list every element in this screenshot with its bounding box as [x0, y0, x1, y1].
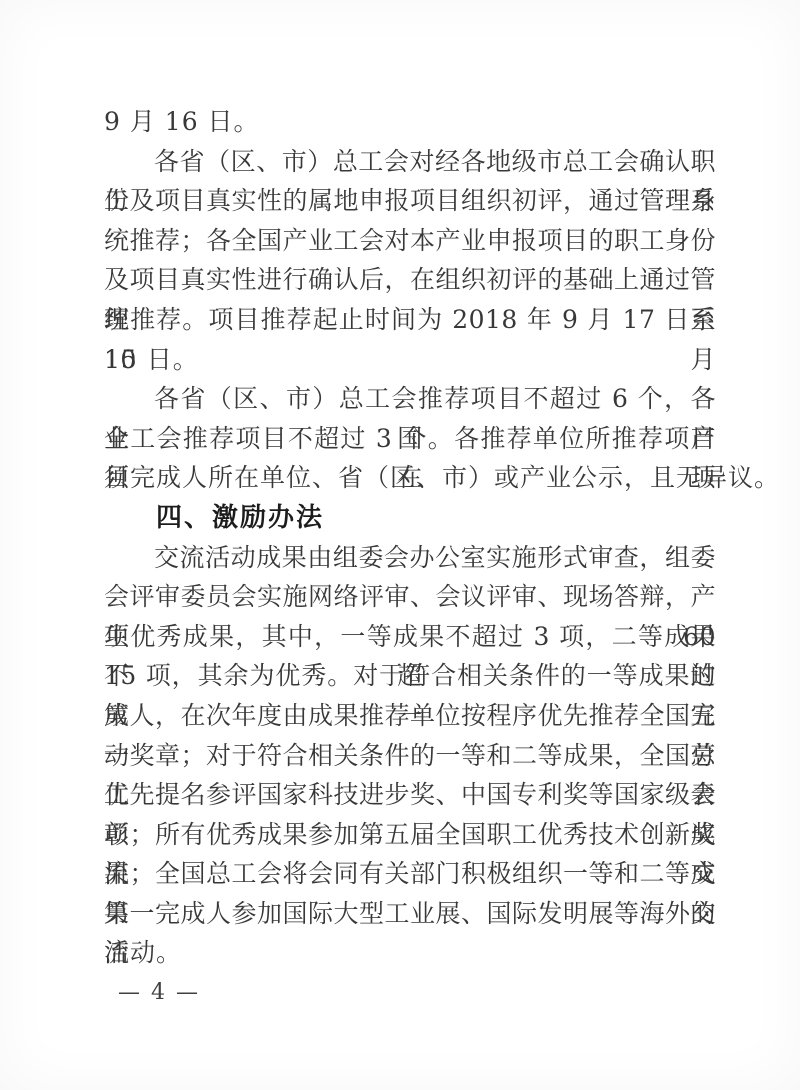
text-line: 及项目真实性进行确认后，在组织初评的基础上通过管理系	[104, 260, 716, 300]
text-line: 各省（区、市）总工会对经各地级市总工会确认职工身	[104, 142, 716, 182]
page-number: — 4 —	[104, 973, 716, 1013]
text-line: 15 项，其余为优秀。对于符合相关条件的一等成果的第一完	[104, 656, 716, 696]
text-line: 动奖章；对于符合相关条件的一等和二等成果，全国总工会	[104, 736, 716, 776]
text-line: 9 月 16 日。	[104, 102, 716, 142]
text-line: 第一完成人参加国际大型工业展、国际发明展等海外交流	[104, 894, 716, 934]
text-line: 统推荐；各全国产业工会对本产业申报项目的职工身份	[104, 221, 716, 261]
text-line: 业工会推荐项目不超过 3 个。各推荐单位所推荐项目须在项	[104, 419, 716, 459]
text-line: 统推荐。项目推荐起止时间为 2018 年 9 月 17 日至 10 月	[104, 300, 716, 340]
text-line: 各省（区、市）总工会推荐项目不超过 6 个，各全国产	[104, 379, 716, 419]
text-line: 份及项目真实性的属地申报项目组织初评，通过管理系	[104, 181, 716, 221]
section-heading: 四、激励办法	[104, 498, 716, 538]
text-line: 目完成人所在单位、省（区、市）或产业公示，且无异议。	[104, 458, 716, 498]
text-line: 优先提名参评国家科技进步奖、中国专利奖等国家级表彰奖	[104, 775, 716, 815]
text-line: 流；全国总工会将会同有关部门积极组织一等和二等成果的	[104, 854, 716, 894]
document-page: 9 月 16 日。 各省（区、市）总工会对经各地级市总工会确认职工身 份及项目真…	[0, 0, 800, 1090]
text-line: 成人，在次年度由成果推荐单位按程序优先推荐全国五一劳	[104, 696, 716, 736]
text-line: 项优秀成果，其中，一等成果不超过 3 项，二等成果不超过	[104, 617, 716, 657]
document-text-block: 9 月 16 日。 各省（区、市）总工会对经各地级市总工会确认职工身 份及项目真…	[104, 102, 716, 1013]
text-line: 活动。	[104, 933, 716, 973]
text-line: 交流活动成果由组委会办公室实施形式审查，组委	[104, 538, 716, 578]
text-line: 项；所有优秀成果参加第五届全国职工优秀技术创新成果交	[104, 815, 716, 855]
text-line: 会评审委员会实施网络评审、会议评审、现场答辩，产生 60	[104, 577, 716, 617]
